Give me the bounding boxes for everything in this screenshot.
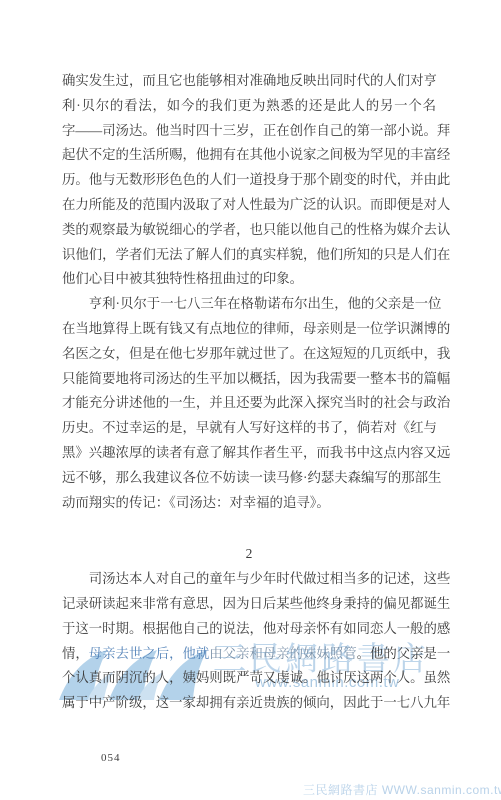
text-segment: 在力所能及的范围内汲取了对人性最为广泛的认识。而即便是对人 <box>62 197 450 212</box>
text-segment: 动而翔实的传记：《司汤达：对幸福的追寻》。 <box>62 495 330 510</box>
text-segment: 黑》兴趣浓厚的读者有意了解其作者生平，而我书中这点内容又远 <box>62 445 450 460</box>
text-segment: 于这一时期。根据他自己的说法，他对母亲怀有如同恋人一般的感 <box>62 621 450 636</box>
text-segment: 远不够，那么我建议各位不妨读一读马修·约瑟夫森编写的那部生 <box>62 470 441 485</box>
text-segment: 他们心目中被其独特性格扭曲过的印象。 <box>62 271 303 286</box>
text-segment-dimblue: 由父亲和母亲的妹妹照管 <box>209 646 356 661</box>
text-segment: 历。他与无数形形色色的人们一道投身于那个剧变的时代，并由此 <box>62 172 450 187</box>
text-block: 确实发生过，而且它也能够相对准确地反映出同时代的人们对亨利·贝尔的看法，如今的我… <box>62 69 436 716</box>
text-line: 类的观察最为敏锐细心的学者，也只能以他自己的性格为媒介去认 <box>62 218 436 243</box>
text-segment: 。他的父亲是一 <box>357 646 451 661</box>
text-line: 名医之女，但是在他七岁那年就过世了。在这短短的几页纸中，我 <box>62 342 436 367</box>
text-line: 只能简要地将司汤达的生平加以概括，因为我需要一整本书的篇幅 <box>62 367 436 392</box>
text-line: 起伏不定的生活所赐，他拥有在其他小说家之间极为罕见的丰富经 <box>62 143 436 168</box>
text-line: 司汤达本人对自己的童年与少年时代做过相当多的记述，这些 <box>62 567 436 592</box>
text-line: 识他们，学者们无法了解人们的真实样貌，他们所知的只是人们在 <box>62 243 436 268</box>
page-number: 054 <box>101 752 121 764</box>
text-line: 在力所能及的范围内汲取了对人性最为广泛的认识。而即便是对人 <box>62 193 436 218</box>
text-segment: 属于中产阶级，这一家却拥有亲近贵族的倾向，因此于一七八九年 <box>62 695 450 710</box>
corner-watermark: 三民網路書店 WWW.sanmin.com.tw <box>303 781 501 798</box>
text-line: 他们心目中被其独特性格扭曲过的印象。 <box>62 267 436 292</box>
text-segment: 记录研读起来非常有意思，因为日后某些他终身秉持的偏见都诞生 <box>62 596 450 611</box>
text-line: 确实发生过，而且它也能够相对准确地反映出同时代的人们对亨 <box>62 69 436 94</box>
book-page: 三民網路書店 www.sanmin.com.tw 确实发生过，而且它也能够相对准… <box>0 0 501 800</box>
text-segment: 司汤达本人对自己的童年与少年时代做过相当多的记述，这些 <box>62 571 450 586</box>
text-segment: 在当地算得上既有钱又有点地位的律师，母亲则是一位学识渊博的 <box>62 321 450 336</box>
text-line: 在当地算得上既有钱又有点地位的律师，母亲则是一位学识渊博的 <box>62 317 436 342</box>
text-line: 亨利·贝尔于一七八三年在格勒诺布尔出生，他的父亲是一位 <box>62 292 436 317</box>
text-segment: 名医之女，但是在他七岁那年就过世了。在这短短的几页纸中，我 <box>62 346 450 361</box>
text-line: 于这一时期。根据他自己的说法，他对母亲怀有如同恋人一般的感 <box>62 617 436 642</box>
text-line: 字——司汤达。他当时四十三岁，正在创作自己的第一部小说。拜 <box>62 119 436 144</box>
text-line: 动而翔实的传记：《司汤达：对幸福的追寻》。 <box>62 491 436 516</box>
text-segment: 个认真而阴沉的人，姨妈则既严苛又虔诚。他讨厌这两个人。虽然 <box>62 670 450 685</box>
text-segment: 起伏不定的生活所赐，他拥有在其他小说家之间极为罕见的丰富经 <box>62 147 450 162</box>
text-segment: 亨利·贝尔于一七八三年在格勒诺布尔出生，他的父亲是一位 <box>62 296 441 311</box>
text-line: 黑》兴趣浓厚的读者有意了解其作者生平，而我书中这点内容又远 <box>62 441 436 466</box>
text-segment: 历史。不过幸运的是，早就有人写好这样的书了，倘若对《红与 <box>62 420 437 435</box>
text-line: 历。他与无数形形色色的人们一道投身于那个剧变的时代，并由此 <box>62 168 436 193</box>
section-number: 2 <box>62 542 436 567</box>
text-line: 记录研读起来非常有意思，因为日后某些他终身秉持的偏见都诞生 <box>62 592 436 617</box>
text-segment: 只能简要地将司汤达的生平加以概括，因为我需要一整本书的篇幅 <box>62 371 450 386</box>
text-line: 利·贝尔的看法，如今的我们更为熟悉的还是此人的另一个名 <box>62 94 436 119</box>
corner-watermark-store: 三民網路書店 <box>303 783 378 797</box>
text-segment: 利·贝尔的看法，如今的我们更为熟悉的还是此人的另一个名 <box>62 98 436 113</box>
text-line: 个认真而阴沉的人，姨妈则既严苛又虔诚。他讨厌这两个人。虽然 <box>62 666 436 691</box>
text-segment: 才能充分讲述他的一生，并且还要为此深入探究当时的社会与政治 <box>62 395 450 410</box>
text-line: 远不够，那么我建议各位不妨读一读马修·约瑟夫森编写的那部生 <box>62 466 436 491</box>
corner-watermark-url: WWW.sanmin.com.tw <box>382 783 501 797</box>
text-line: 才能充分讲述他的一生，并且还要为此深入探究当时的社会与政治 <box>62 391 436 416</box>
text-line: 属于中产阶级，这一家却拥有亲近贵族的倾向，因此于一七八九年 <box>62 691 436 716</box>
text-line: 历史。不过幸运的是，早就有人写好这样的书了，倘若对《红与 <box>62 416 436 441</box>
text-segment: 确实发生过，而且它也能够相对准确地反映出同时代的人们对亨 <box>62 73 437 88</box>
text-line: 情，母亲去世之后，他就由父亲和母亲的妹妹照管。他的父亲是一 <box>62 642 436 667</box>
text-segment: 类的观察最为敏锐细心的学者，也只能以他自己的性格为媒介去认 <box>62 222 450 237</box>
text-segment: 情， <box>62 646 89 661</box>
text-segment-blue: 母亲去世之后，他就 <box>89 646 210 661</box>
text-segment: 识他们，学者们无法了解人们的真实样貌，他们所知的只是人们在 <box>62 247 450 262</box>
text-segment: 字——司汤达。他当时四十三岁，正在创作自己的第一部小说。拜 <box>62 123 450 138</box>
